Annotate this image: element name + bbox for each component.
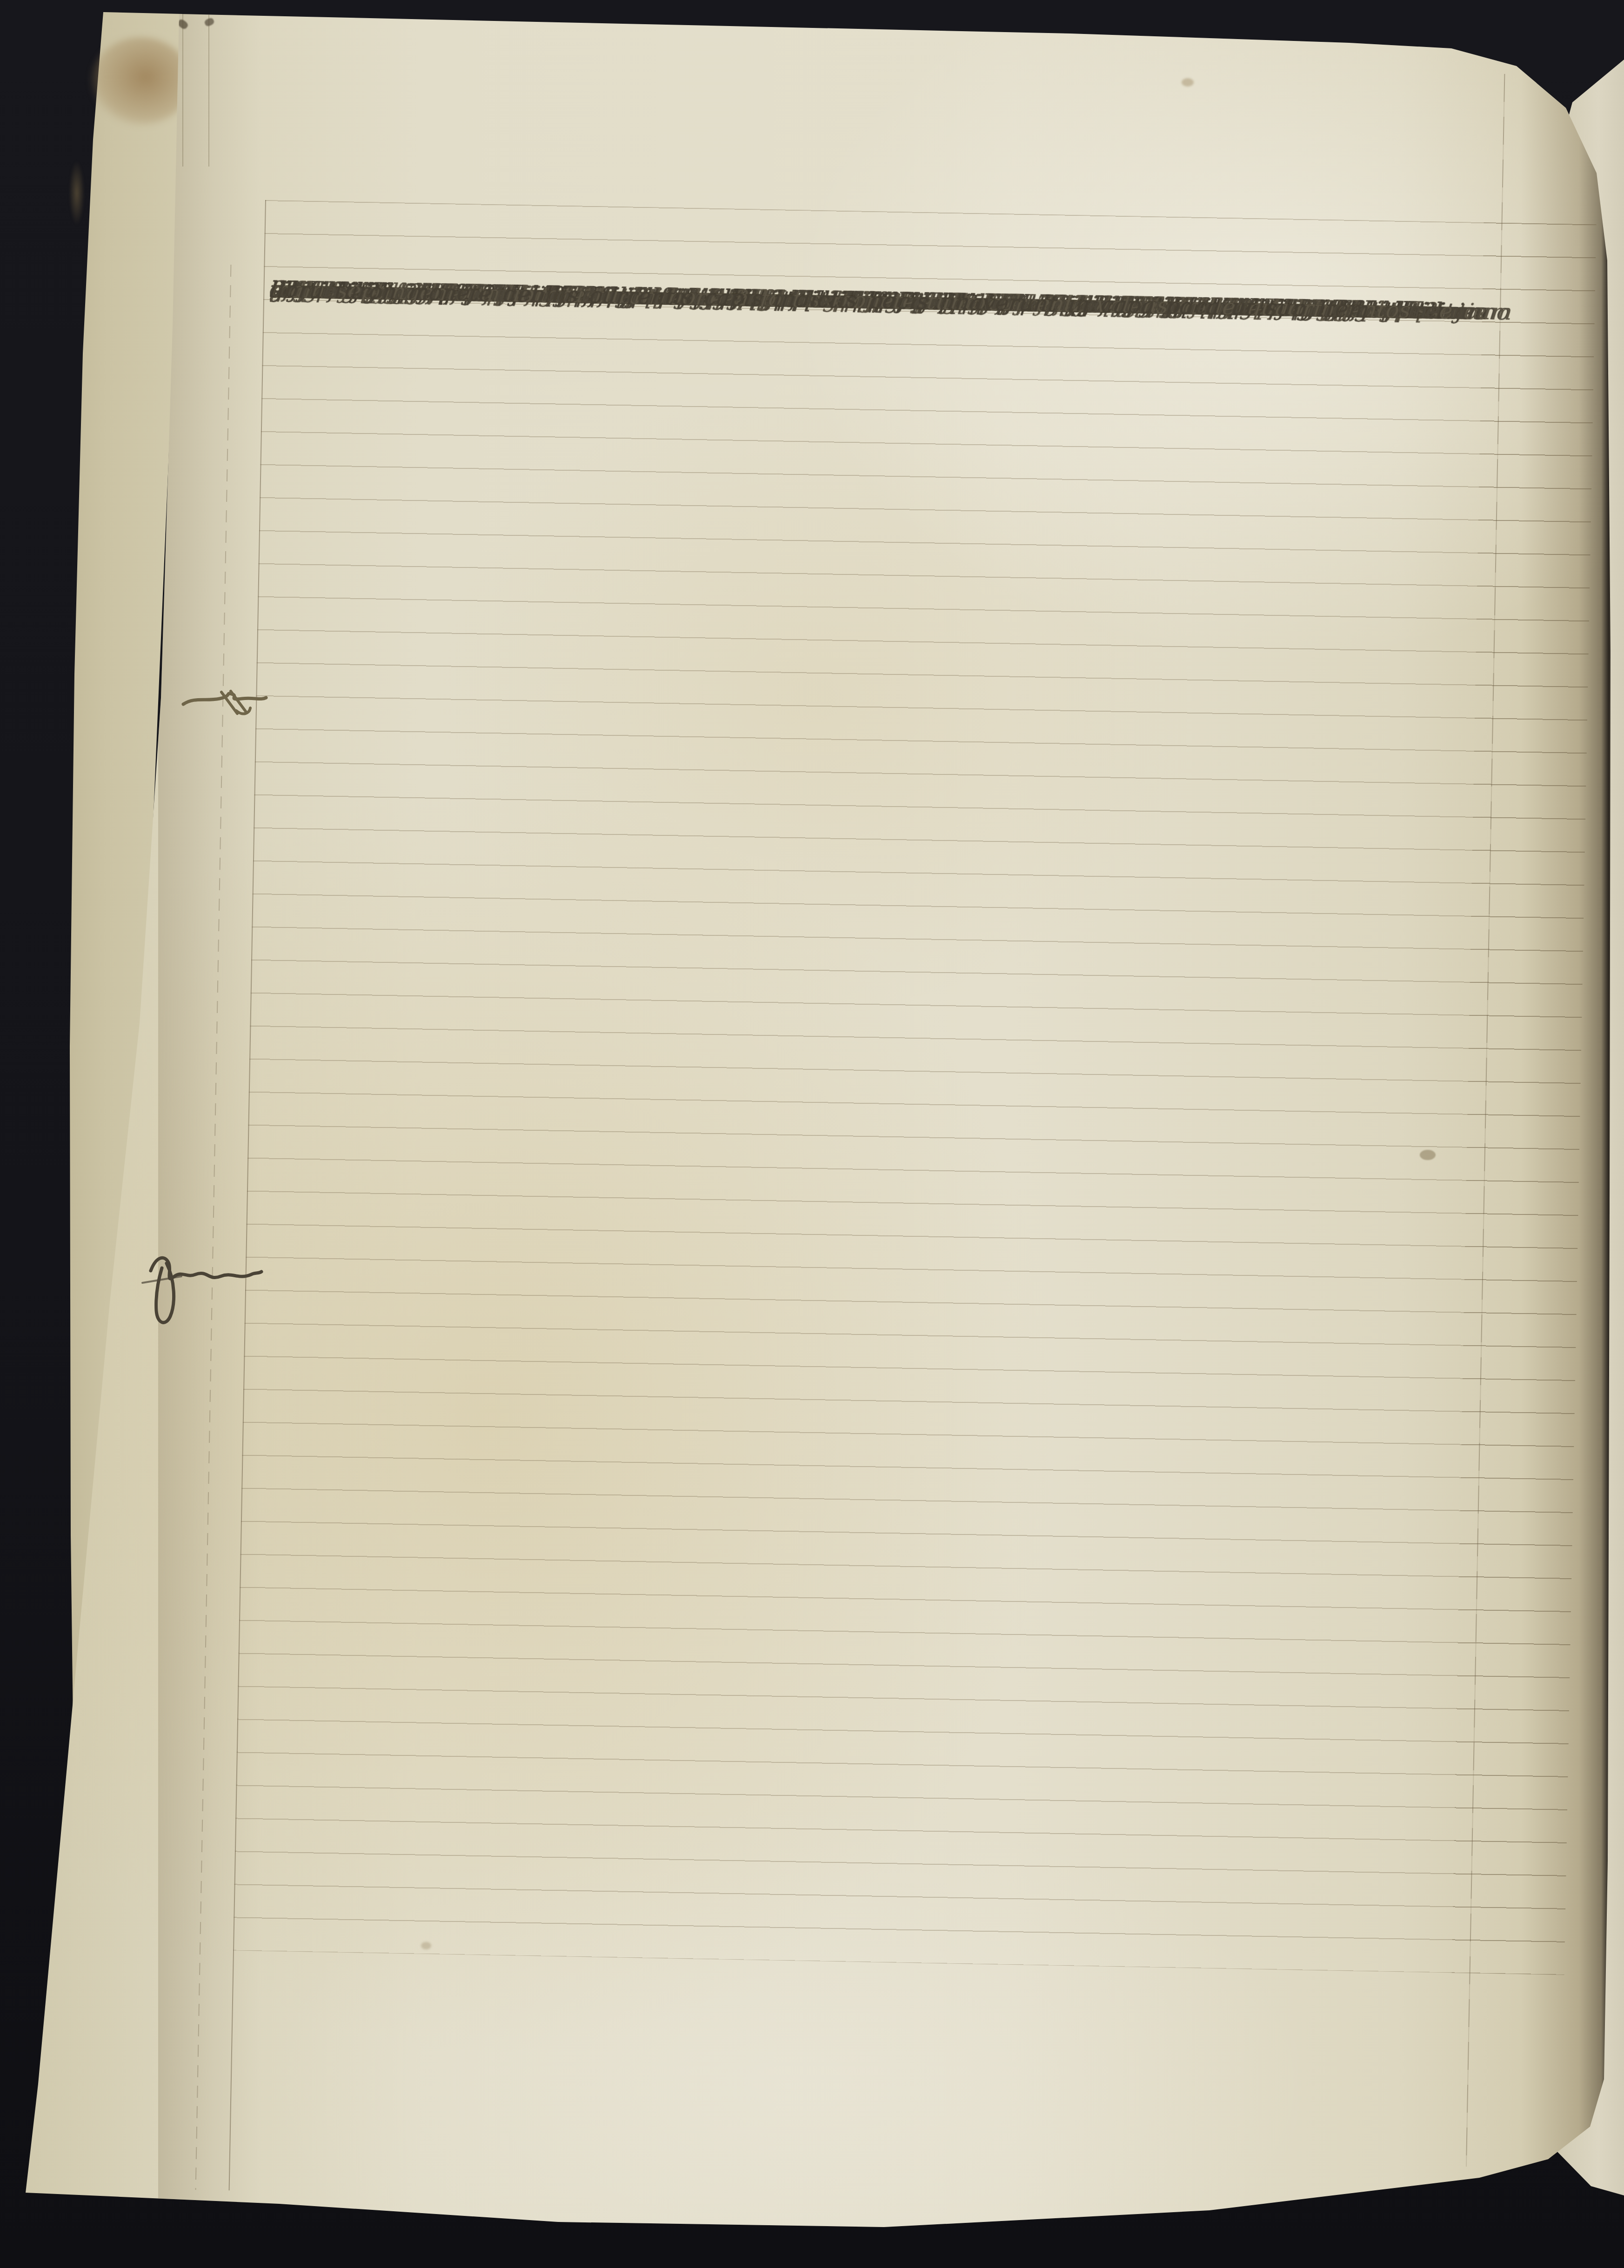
photographed-manuscript-scene: magn studus foncaud pciu regnis generali… [0,0,1624,2268]
parchment-stain [91,37,191,126]
manuscript-page: magn studus foncaud pciu regnis generali… [0,0,1624,2268]
top-margin-ruling-tick [182,13,183,167]
ink-blot [69,160,85,226]
ruled-writing-area: magn studus foncaud pciu regnis generali… [228,200,1600,2220]
top-margin-ruling-tick [208,13,209,167]
flourish-margin-mark [138,1238,263,1336]
foxing-spot [1182,78,1194,87]
nota-margin-mark [180,680,269,731]
text-block: magn studus foncaud pciu regnis generali… [240,273,1529,1952]
